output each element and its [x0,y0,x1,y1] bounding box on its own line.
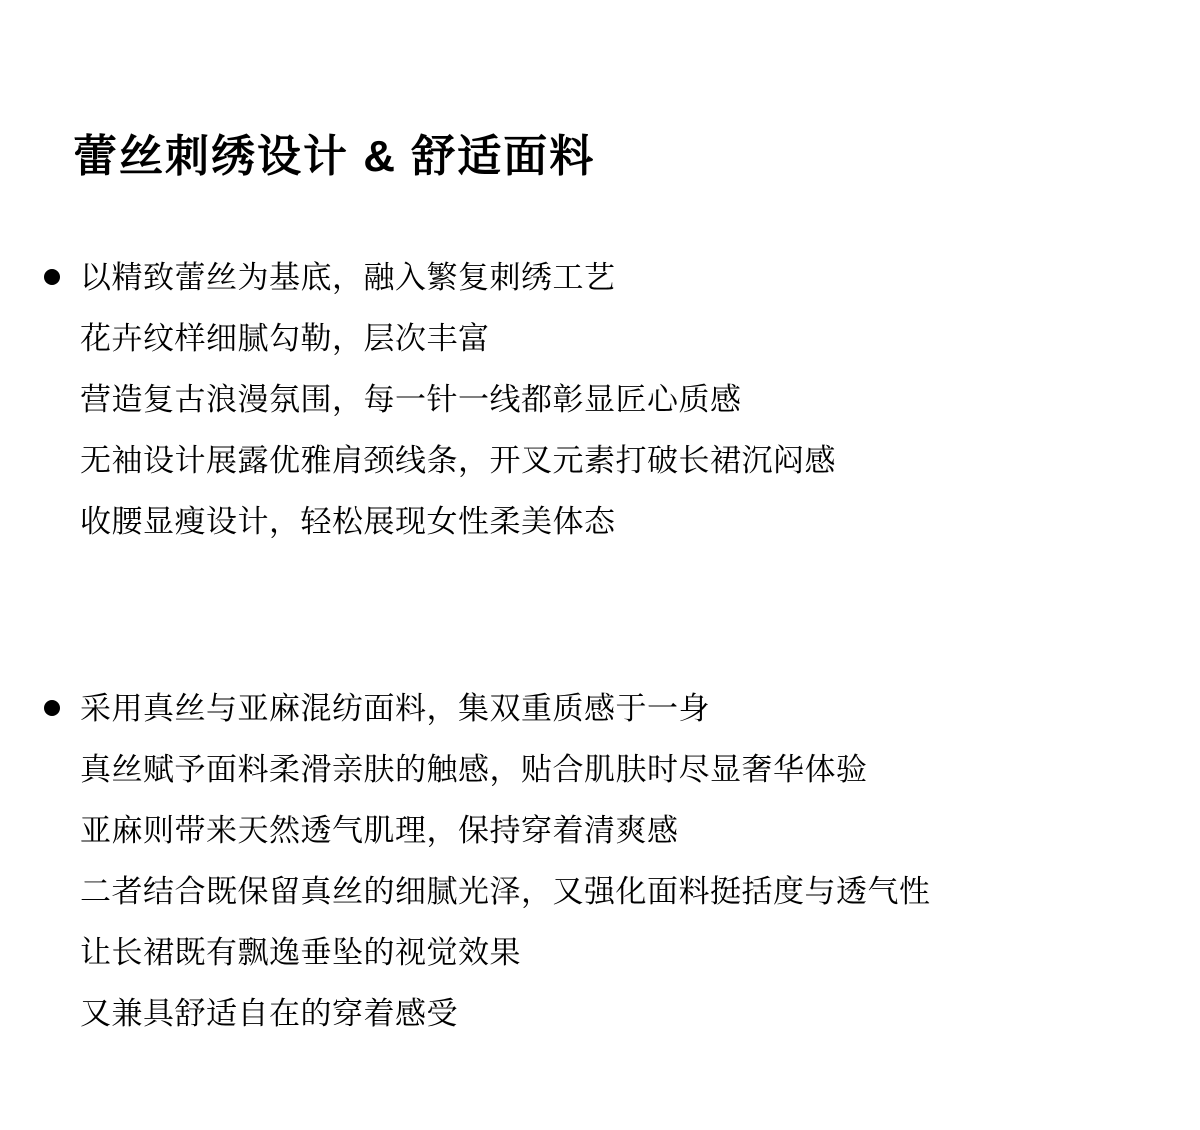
feature-text-line: 无袖设计展露优雅肩颈线条，开叉元素打破长裙沉闷感 [80,430,836,491]
feature-text-line: 以精致蕾丝为基底，融入繁复刺绣工艺 [80,247,836,308]
feature-text-line: 采用真丝与亚麻混纺面料，集双重质感于一身 [80,678,931,739]
feature-list-item-lace-embroidery: 以精致蕾丝为基底，融入繁复刺绣工艺 花卉纹样细腻勾勒，层次丰富 营造复古浪漫氛围… [80,247,836,552]
feature-text-line: 花卉纹样细腻勾勒，层次丰富 [80,308,836,369]
feature-text-line: 又兼具舒适自在的穿着感受 [80,983,931,1044]
feature-text-line: 真丝赋予面料柔滑亲肤的触感，贴合肌肤时尽显奢华体验 [80,739,931,800]
feature-text-line: 亚麻则带来天然透气肌理，保持穿着清爽感 [80,800,931,861]
bullet-icon [44,700,60,716]
feature-text-line: 让长裙既有飘逸垂坠的视觉效果 [80,922,931,983]
feature-text-line: 收腰显瘦设计，轻松展现女性柔美体态 [80,491,836,552]
bullet-icon [44,269,60,285]
feature-text-line: 二者结合既保留真丝的细腻光泽，又强化面料挺括度与透气性 [80,861,931,922]
feature-list-item-fabric: 采用真丝与亚麻混纺面料，集双重质感于一身 真丝赋予面料柔滑亲肤的触感，贴合肌肤时… [80,678,931,1044]
page-title: 蕾丝刺绣设计 & 舒适面料 [73,129,595,185]
feature-text-line: 营造复古浪漫氛围，每一针一线都彰显匠心质感 [80,369,836,430]
